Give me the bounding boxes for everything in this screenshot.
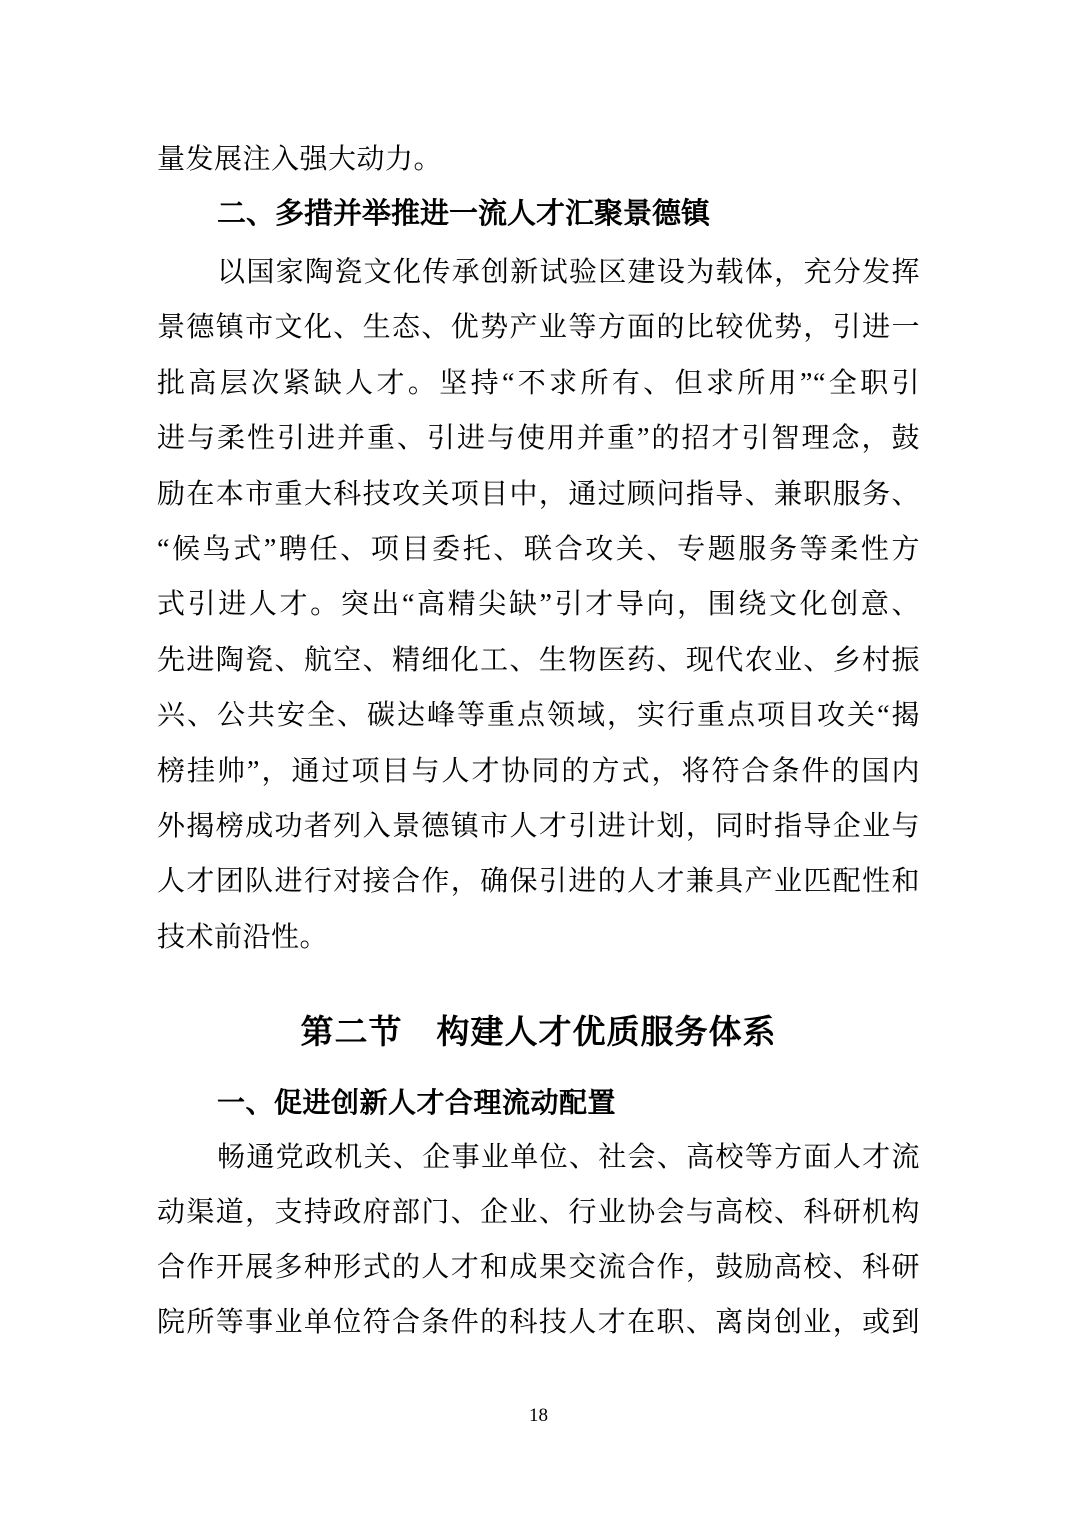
text-line: 式引进人才。突出“高精尖缺”引才导向，围绕文化创意、 bbox=[157, 577, 920, 632]
text-line: 合作开展多种形式的人才和成果交流合作，鼓励高校、科研 bbox=[157, 1240, 920, 1295]
text-line: 先进陶瓷、航空、精细化工、生物医药、现代农业、乡村振 bbox=[157, 633, 920, 688]
paragraph-talent-flow: 畅通党政机关、企事业单位、社会、高校等方面人才流动渠道，支持政府部门、企业、行业… bbox=[157, 1130, 920, 1350]
document-page: 量发展注入强大动力。 二、多措并举推进一流人才汇聚景德镇 以国家陶瓷文化传承创新… bbox=[0, 0, 1074, 1520]
text-line: 景德镇市文化、生态、优势产业等方面的比较优势，引进一 bbox=[157, 300, 920, 355]
text-line: “候鸟式”聘任、项目委托、联合攻关、专题服务等柔性方 bbox=[157, 522, 920, 577]
page-number: 18 bbox=[157, 1400, 920, 1432]
heading-talent-measures: 二、多措并举推进一流人才汇聚景德镇 bbox=[157, 186, 920, 242]
text-line: 以国家陶瓷文化传承创新试验区建设为载体，充分发挥 bbox=[157, 245, 920, 300]
text-line: 人才团队进行对接合作，确保引进的人才兼具产业匹配性和 bbox=[157, 854, 920, 909]
text-line: 榜挂帅”，通过项目与人才协同的方式，将符合条件的国内 bbox=[157, 744, 920, 799]
paragraph-talent-measures: 以国家陶瓷文化传承创新试验区建设为载体，充分发挥景德镇市文化、生态、优势产业等方… bbox=[157, 245, 920, 965]
heading-talent-flow: 一、促进创新人才合理流动配置 bbox=[157, 1075, 920, 1130]
text-line: 技术前沿性。 bbox=[157, 910, 920, 965]
text-line: 外揭榜成功者列入景德镇市人才引进计划，同时指导企业与 bbox=[157, 799, 920, 854]
section-title: 第二节 构建人才优质服务体系 bbox=[157, 1002, 920, 1062]
text-line: 院所等事业单位符合条件的科技人才在职、离岗创业，或到 bbox=[157, 1295, 920, 1350]
text-line: 批高层次紧缺人才。坚持“不求所有、但求所用”“全职引 bbox=[157, 356, 920, 411]
text-line: 进与柔性引进并重、引进与使用并重”的招才引智理念，鼓 bbox=[157, 411, 920, 466]
text-line: 兴、公共安全、碳达峰等重点领域，实行重点项目攻关“揭 bbox=[157, 688, 920, 743]
text-line: 动渠道，支持政府部门、企业、行业协会与高校、科研机构 bbox=[157, 1185, 920, 1240]
paragraph-continuation-line: 量发展注入强大动力。 bbox=[157, 132, 920, 187]
text-line: 励在本市重大科技攻关项目中，通过顾问指导、兼职服务、 bbox=[157, 467, 920, 522]
text-line: 畅通党政机关、企事业单位、社会、高校等方面人才流 bbox=[157, 1130, 920, 1185]
